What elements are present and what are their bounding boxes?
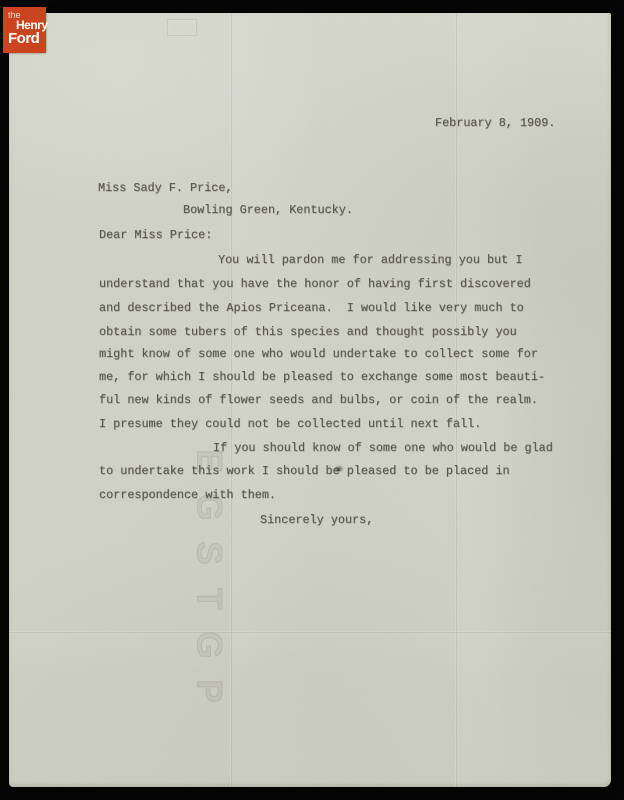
- scanner-background: E G S T G P February 8, 1909. Miss Sady …: [0, 0, 624, 800]
- body-line: to undertake this work I should be pleas…: [99, 464, 510, 478]
- salutation-line: Dear Miss Price:: [99, 228, 212, 242]
- recipient-city-line: Bowling Green, Kentucky.: [183, 203, 353, 217]
- body-line: me, for which I should be pleased to exc…: [99, 370, 545, 384]
- closing-line: Sincerely yours,: [260, 513, 373, 527]
- recipient-name-line: Miss Sady F. Price,: [98, 181, 233, 195]
- letter-scan: E G S T G P February 8, 1909. Miss Sady …: [9, 13, 611, 787]
- letter-date: February 8, 1909.: [435, 116, 555, 130]
- body-line: I presume they could not be collected un…: [99, 417, 481, 431]
- body-line: ful new kinds of flower seeds and bulbs,…: [99, 393, 538, 407]
- henry-ford-logo: the Henry Ford: [3, 7, 46, 53]
- body-line: obtain some tubers of this species and t…: [99, 325, 517, 339]
- body-line: correspondence with them.: [99, 488, 276, 502]
- body-line: and described the Apios Priceana. I woul…: [99, 301, 524, 315]
- body-line: might know of some one who would underta…: [99, 347, 538, 361]
- body-line: If you should know of some one who would…: [213, 441, 553, 455]
- body-line: You will pardon me for addressing you bu…: [218, 253, 522, 267]
- letter-text: February 8, 1909. Miss Sady F. Price, Bo…: [9, 13, 611, 787]
- logo-word-ford: Ford: [8, 30, 39, 47]
- body-line: understand that you have the honor of ha…: [99, 277, 531, 291]
- ink-smudge: [334, 465, 344, 473]
